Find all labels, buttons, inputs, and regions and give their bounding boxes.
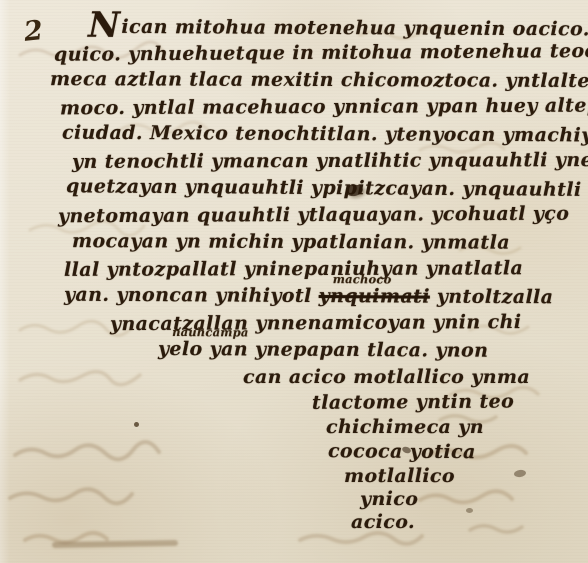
manuscript-line: acico. (351, 511, 562, 534)
ink-speck (134, 422, 139, 427)
line-text: mocayan yn michin ypatlanian. ynmatla (72, 230, 510, 254)
interlinear-insertion: nauhcampa (172, 326, 249, 338)
manuscript-line: yelo yan nauhcampaynepapan tlaca. ynon (158, 336, 562, 365)
manuscript-line: yn tenochtli ymancan ynatlihtic ynquauht… (72, 147, 562, 176)
line-text: motlallico (344, 465, 455, 487)
manuscript-page: 2 Nican mitohua motenehua ynquenin oacic… (0, 0, 588, 563)
line-text: yelo yan (158, 338, 255, 361)
manuscript-line: mocayan yn michin ypatlanian. ynmatla (72, 228, 562, 257)
manuscript-line: chichimeca yn (326, 415, 562, 440)
line-text: yntoltzalla (430, 286, 554, 309)
line-text: acico. (351, 511, 415, 533)
manuscript-line: motlallico (344, 464, 562, 488)
interlinear-insertion: machoco (333, 273, 392, 285)
line-text: ynepapan tlaca. ynon (255, 338, 488, 361)
manuscript-line: tlactome yntin teo (312, 389, 562, 416)
manuscript-line: meca aztlan tlaca mexitin chicomoztoca. … (50, 66, 562, 95)
drop-capital: N (88, 5, 121, 46)
line-text: quico. ynhuehuetque in mitohua motenehua… (54, 40, 588, 66)
manuscript-line: llal yntozpallatl yninepaniuhyan ynatlat… (64, 255, 562, 284)
line-text: yn tenochtli ymancan ynatlihtic ynquauht… (72, 149, 588, 173)
manuscript-line: ynico (360, 488, 562, 511)
ink-speck (466, 508, 473, 513)
line-text: ynico (360, 488, 418, 510)
line-text: meca aztlan tlaca mexitin chicomoztoca. … (50, 68, 588, 92)
line-text: can acico motlallico ynma (243, 366, 530, 388)
manuscript-line: quico. ynhuehuetque in mitohua motenehua… (54, 38, 562, 69)
manuscript-line: cococa yotica (328, 439, 562, 465)
line-text: llal yntozpallatl yninepaniuhyan ynatlat… (64, 257, 523, 281)
line-text: tlactome yntin teo (312, 390, 514, 413)
line-text: ican mitohua motenehua ynquenin oacico. … (121, 16, 588, 41)
manuscript-line: yan. ynoncan ynihiyotl ynquimatimachoco … (64, 282, 562, 312)
manuscript-line: can acico motlallico ynma (243, 364, 562, 390)
manuscript-line: quetzayan ynquauhtli ypipitzcayan. ynqua… (66, 173, 562, 203)
manuscript-line: Nican mitohua motenehua ynquenin oacico.… (88, 12, 562, 41)
manuscript-text: Nican mitohua motenehua ynquenin oacico.… (50, 13, 562, 534)
folio-number: 2 (22, 15, 44, 48)
annotated-word: yelo yan nauhcampa (158, 338, 255, 361)
line-text: ynetomayan quauhtli ytlaquayan. ycohuatl… (58, 203, 569, 228)
line-text: moco. yntlal macehuaco ynnican ypan huey… (60, 94, 588, 119)
struck-out-word: ynquimati (319, 285, 430, 308)
corrected-word: ynquimatimachoco (319, 285, 430, 308)
manuscript-line: moco. yntlal macehuaco ynnican ypan huey… (60, 93, 562, 123)
line-text: ciudad. Mexico tenochtitlan. ytenyocan y… (62, 122, 588, 147)
line-text: chichimeca yn (326, 416, 484, 438)
manuscript-line: ciudad. Mexico tenochtitlan. ytenyocan y… (62, 120, 562, 150)
line-text: cococa yotica (328, 440, 476, 463)
line-text: yan. ynoncan ynihiyotl (64, 284, 319, 307)
manuscript-line: ynetomayan quauhtli ytlaquayan. ycohuatl… (58, 201, 562, 231)
line-text: quetzayan ynquauhtli ypipitzcayan. ynqua… (66, 175, 582, 201)
